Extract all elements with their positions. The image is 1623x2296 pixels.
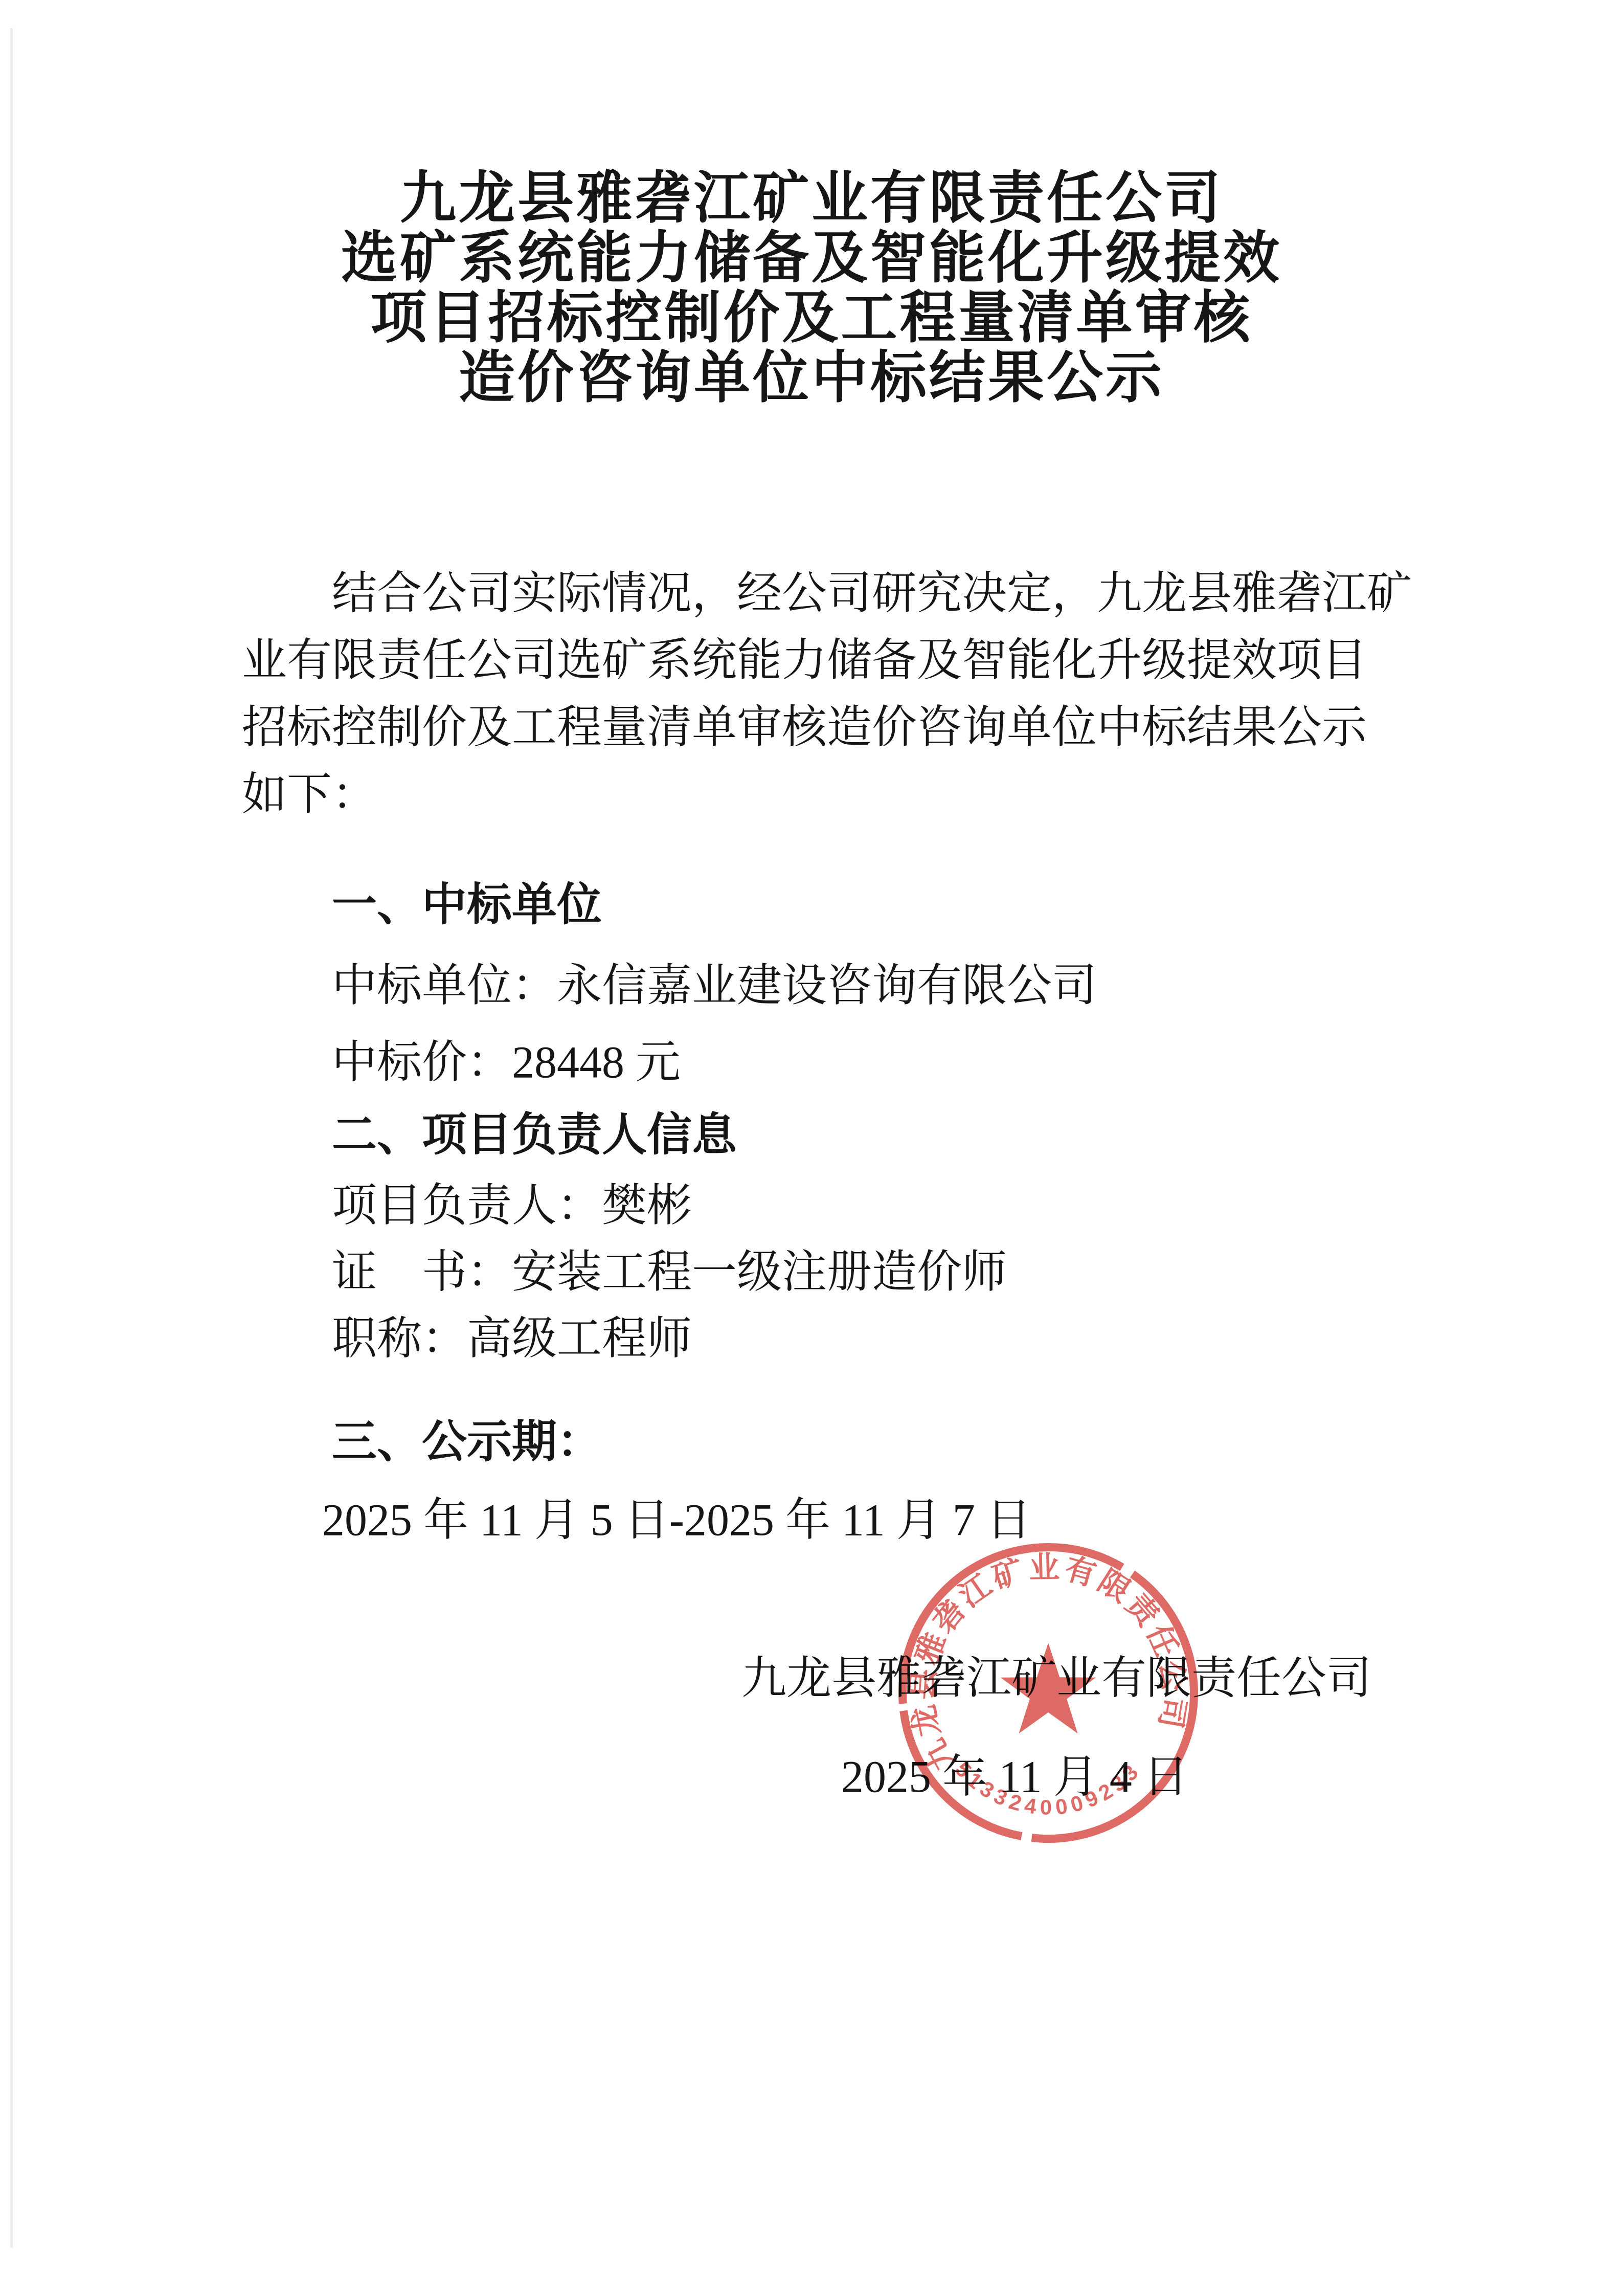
seal-star	[1001, 1643, 1096, 1733]
scanned-document-page: 九龙县雅砻江矿业有限责任公司 选矿系统能力储备及智能化升级提效 项目招标控制价及…	[0, 0, 1623, 2296]
winning-bidder-line: 中标单位：永信嘉业建设咨询有限公司	[332, 961, 1097, 1012]
bid-price-line: 中标价：28448 元	[332, 1037, 681, 1088]
intro-line-3: 招标控制价及工程量清单审核造价咨询单位中标结果公示	[242, 694, 1412, 761]
title-line-3: 项目招标控制价及工程量清单审核	[0, 288, 1623, 348]
project-manager-line: 项目负责人：樊彬	[332, 1180, 692, 1232]
intro-line-4: 如下：	[242, 761, 1412, 828]
intro-line-1: 结合公司实际情况，经公司研究决定，九龙县雅砻江矿	[242, 560, 1412, 627]
job-title-line: 职称：高级工程师	[332, 1313, 692, 1365]
intro-line-2: 业有限责任公司选矿系统能力储备及智能化升级提效项目	[242, 627, 1412, 694]
title-line-1: 九龙县雅砻江矿业有限责任公司	[0, 169, 1623, 229]
title-line-4: 造价咨询单位中标结果公示	[0, 348, 1623, 408]
section-2-heading: 二、项目负责人信息	[332, 1109, 737, 1160]
certificate-line: 证 书：安装工程一级注册造价师	[332, 1247, 1007, 1298]
section-1-heading: 一、中标单位	[332, 879, 602, 930]
seal-serial-number: 5133240009233	[951, 1757, 1146, 1819]
company-seal: 九龙县雅砻江矿业有限责任公司 5133240009233	[890, 1534, 1207, 1852]
intro-paragraph: 结合公司实际情况，经公司研究决定，九龙县雅砻江矿 业有限责任公司选矿系统能力储备…	[242, 560, 1412, 828]
title-line-2: 选矿系统能力储备及智能化升级提效	[0, 229, 1623, 288]
document-title: 九龙县雅砻江矿业有限责任公司 选矿系统能力储备及智能化升级提效 项目招标控制价及…	[0, 169, 1623, 408]
section-3-heading: 三、公示期：	[332, 1416, 602, 1467]
